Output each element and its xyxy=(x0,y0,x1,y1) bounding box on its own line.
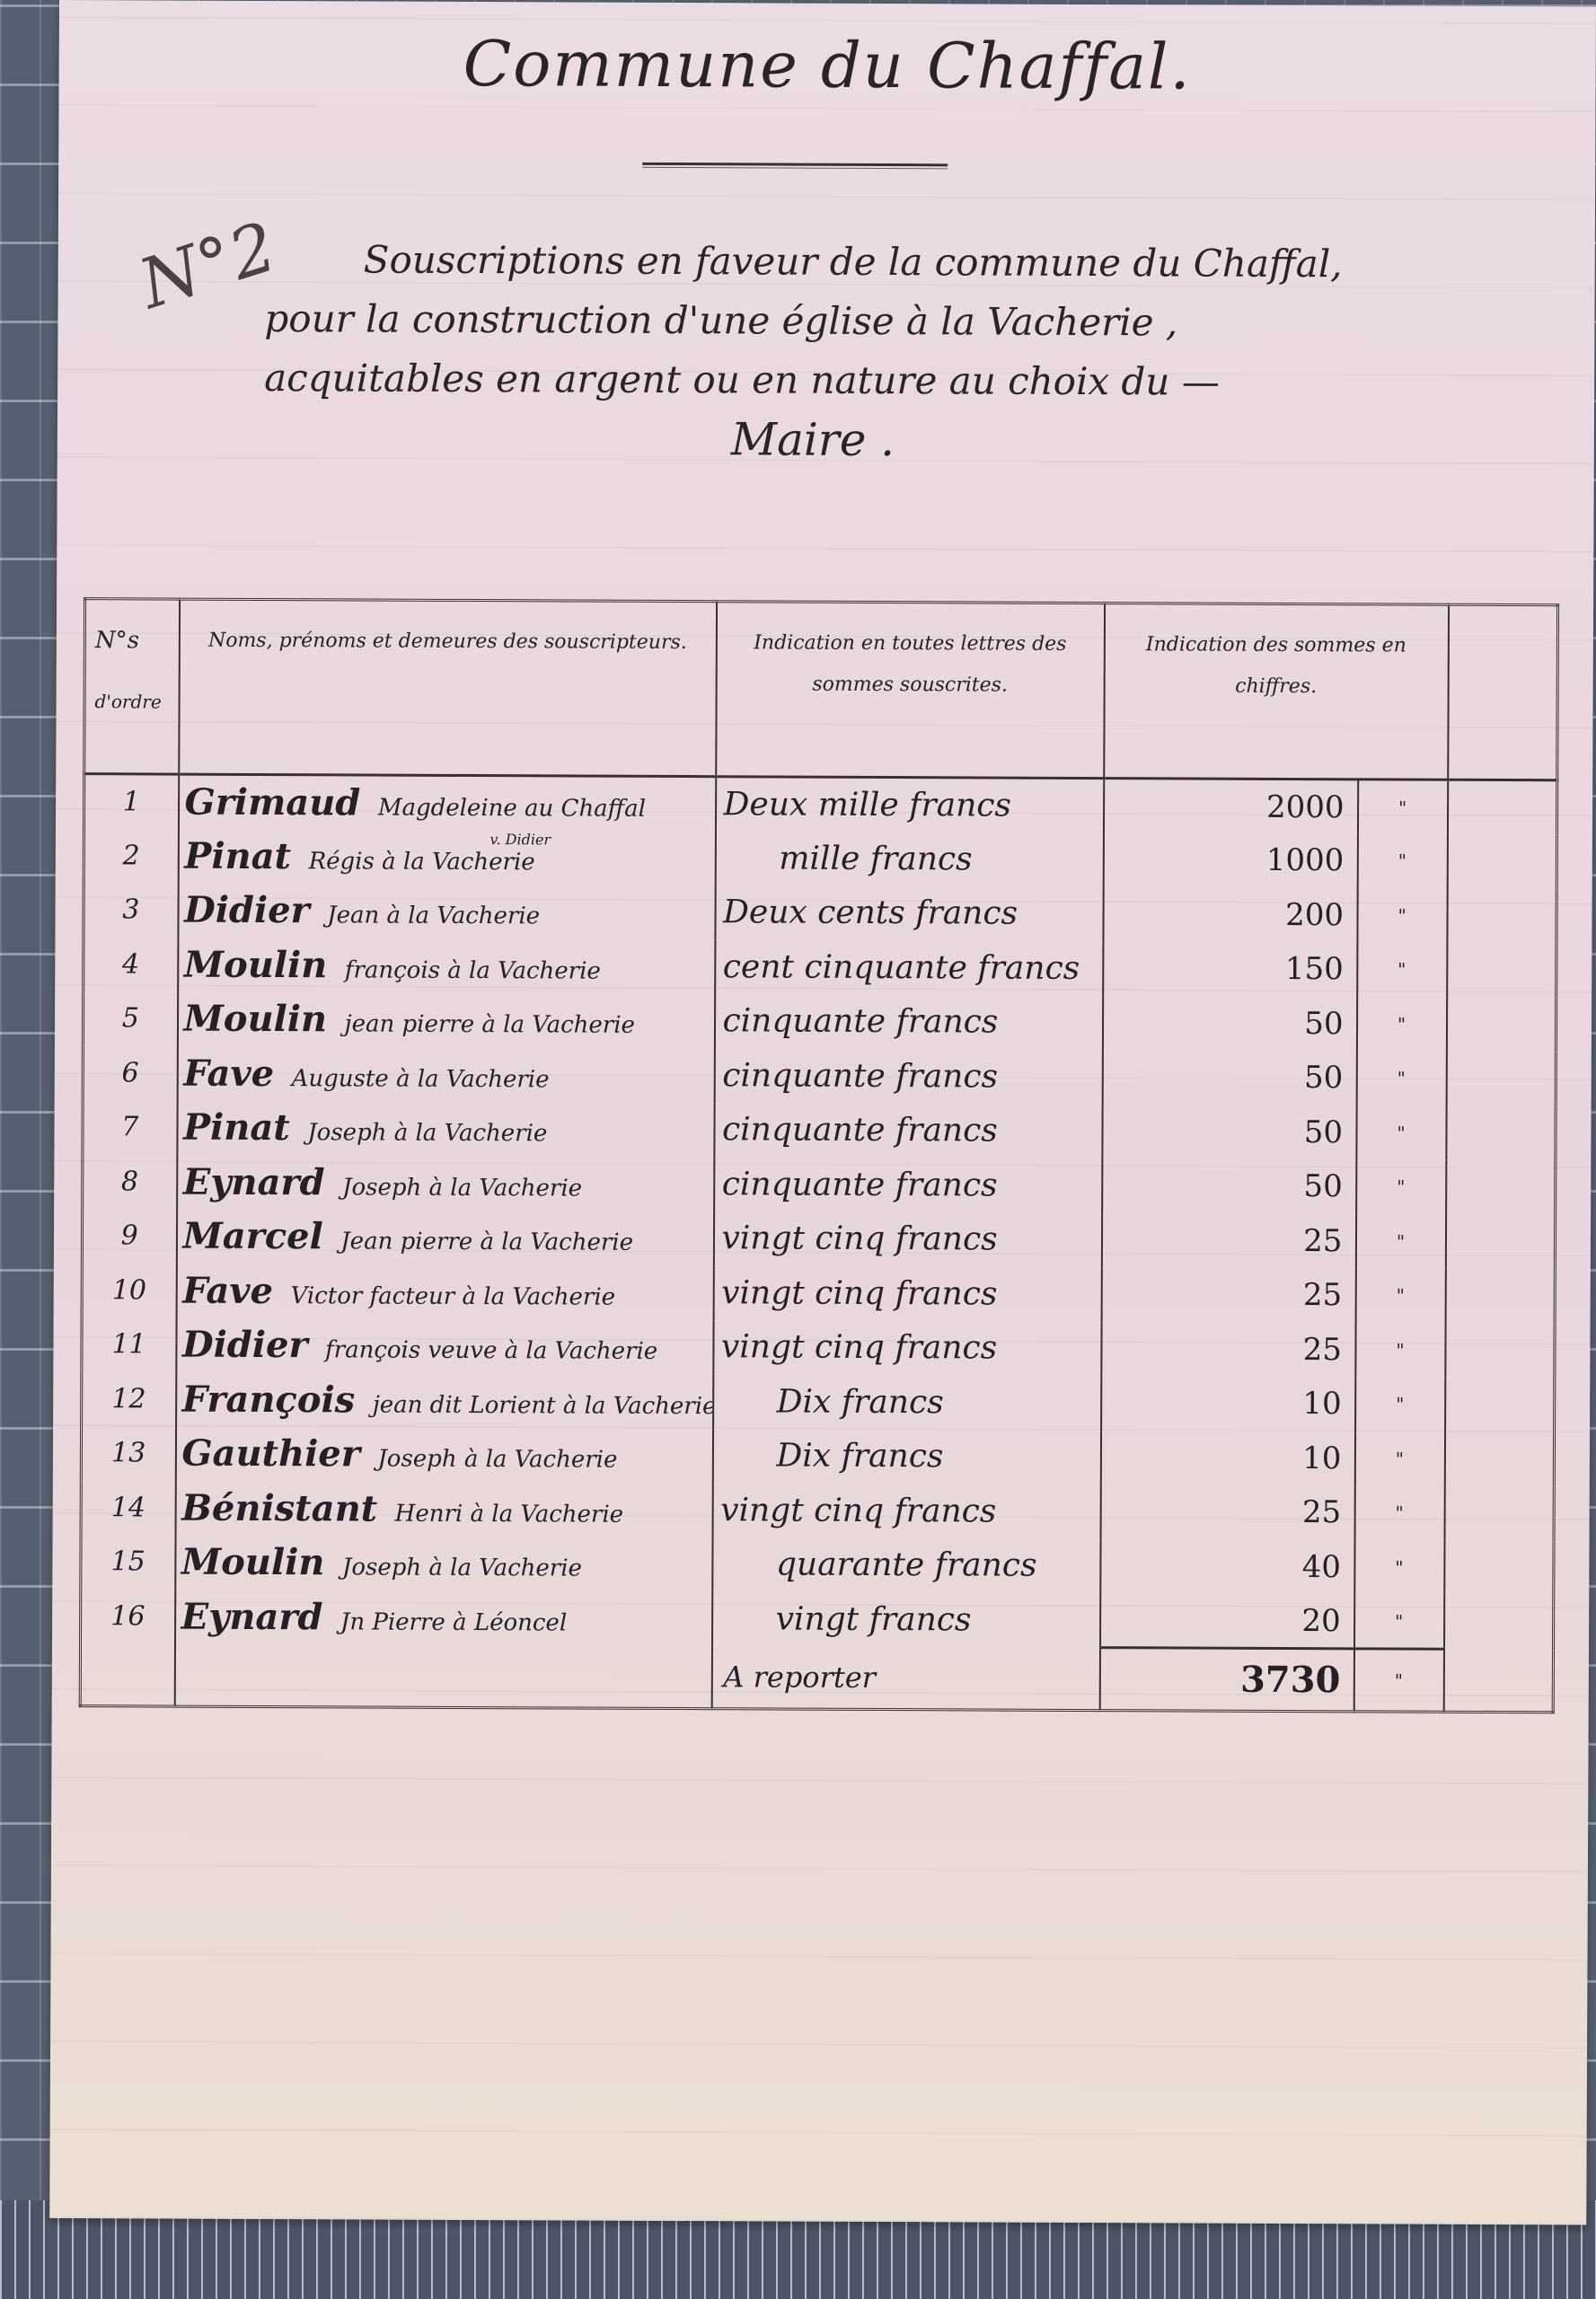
subscriber-name: Grimaud Magdeleine au Chaffal xyxy=(178,774,715,831)
subscriber-surname: Eynard xyxy=(183,1160,325,1203)
subscriber-surname: Fave xyxy=(183,1052,274,1094)
subscriber-surname: Pinat xyxy=(184,834,291,877)
row-number: 15 xyxy=(81,1535,175,1590)
subscriber-surname: Moulin xyxy=(183,998,327,1041)
amount-in-figures: 25 xyxy=(1101,1267,1355,1323)
subscriber-name: Gauthier Joseph à la Vacherie xyxy=(175,1426,712,1483)
subscriber-details: Régis à la Vacherie xyxy=(309,848,535,876)
row-number: 9 xyxy=(82,1209,176,1264)
row-number: 13 xyxy=(81,1426,175,1481)
subscriber-surname: Didier xyxy=(184,889,310,932)
amount-cents: " xyxy=(1354,1485,1444,1540)
intro-paragraph: Souscriptions en faveur de la commune du… xyxy=(264,230,1558,472)
subscriber-surname: François xyxy=(182,1378,356,1421)
subscriber-details: jean dit Lorient à la Vacherie xyxy=(373,1391,713,1420)
subscriber-surname: Bénistant xyxy=(181,1486,377,1529)
subscriber-name: Fave Auguste à la Vacherie xyxy=(177,1046,714,1103)
title-underline xyxy=(642,163,948,169)
amount-in-figures: 50 xyxy=(1102,1105,1356,1160)
subscriber-details: jean pierre à la Vacherie xyxy=(345,1011,636,1039)
row-number: 12 xyxy=(82,1371,176,1426)
subscriber-details: Jean à la Vacherie xyxy=(327,903,540,930)
amount-in-words: vingt cinq francs xyxy=(712,1483,1100,1538)
subscriber-details: Jn Pierre à Léoncel xyxy=(340,1608,567,1636)
subscriber-name: Moulin françois à la Vacherie xyxy=(178,938,715,994)
amount-cents: " xyxy=(1357,888,1447,943)
total-row: A reporter3730" xyxy=(80,1643,1553,1713)
extra-column xyxy=(1447,943,1556,998)
amount-in-words: vingt cinq francs xyxy=(713,1211,1101,1267)
amount-cents: " xyxy=(1357,833,1447,888)
table-row: 5 Moulin jean pierre à la Vacherie cinqu… xyxy=(83,991,1556,1053)
header-number: N°s d'ordre xyxy=(84,599,180,774)
subscriber-details: Joseph à la Vacherie xyxy=(307,1119,547,1147)
amount-in-words: cinquante francs xyxy=(714,1048,1102,1104)
extra-column xyxy=(1446,1160,1556,1215)
subscriber-name: Didier Jean à la Vacherie xyxy=(178,883,715,939)
subscriber-surname: Gauthier xyxy=(181,1432,360,1475)
table-row: 4 Moulin françois à la Vacherie cent cin… xyxy=(84,937,1556,998)
amount-cents: " xyxy=(1354,1540,1444,1595)
amount-in-figures: 40 xyxy=(1100,1539,1354,1595)
extra-column xyxy=(1445,1378,1555,1432)
table-row: 3 Didier Jean à la Vacherie Deux cents f… xyxy=(84,883,1556,944)
table-row: 8 Eynard Joseph à la Vacherie cinquante … xyxy=(83,1154,1556,1215)
extra-column xyxy=(1446,1052,1556,1106)
total-cents: " xyxy=(1354,1649,1443,1712)
extra-column xyxy=(1445,1323,1555,1378)
amount-cents: " xyxy=(1356,1105,1446,1160)
subscriber-note: v. Didier xyxy=(489,831,551,848)
amount-in-words: vingt cinq francs xyxy=(713,1265,1101,1321)
amount-cents: " xyxy=(1356,997,1446,1052)
amount-in-words: cinquante francs xyxy=(714,994,1102,1050)
row-number: 1 xyxy=(84,774,178,829)
subscriber-details: françois veuve à la Vacherie xyxy=(325,1337,657,1366)
total-number xyxy=(80,1643,174,1706)
subscriber-name: Marcel Jean pierre à la Vacherie xyxy=(176,1209,713,1265)
subscriber-details: Magdeleine au Chaffal xyxy=(378,795,646,823)
amount-in-words: Dix francs xyxy=(713,1374,1101,1430)
subscriber-details: Joseph à la Vacherie xyxy=(342,1555,582,1582)
subscriber-name: Bénistant Henri à la Vacherie xyxy=(175,1481,712,1537)
table-row: 6 Fave Auguste à la Vacherie cinquante f… xyxy=(83,1045,1556,1106)
amount-cents: " xyxy=(1355,1323,1445,1378)
amount-cents: " xyxy=(1355,1214,1445,1269)
row-number: 10 xyxy=(82,1263,176,1317)
table-row: 14 Bénistant Henri à la Vacherie vingt c… xyxy=(81,1480,1554,1541)
subscriber-name: Didier françois veuve à la Vacherie xyxy=(176,1317,713,1374)
header-number-label: N°s xyxy=(95,627,139,654)
intro-line: Maire . xyxy=(264,408,1557,472)
amount-in-figures: 50 xyxy=(1102,1158,1356,1214)
extra-column xyxy=(1445,1214,1555,1269)
subscriber-name: Eynard Jn Pierre à Léoncel xyxy=(175,1590,712,1646)
table-row: 12 François jean dit Lorient à la Vacher… xyxy=(82,1371,1555,1432)
margin-note: N°2 xyxy=(130,207,286,324)
amount-in-figures: 20 xyxy=(1100,1593,1354,1649)
total-figures: 3730 xyxy=(1099,1648,1354,1712)
row-number: 8 xyxy=(83,1154,177,1209)
extra-column xyxy=(1443,1649,1553,1713)
subscriber-surname: Moulin xyxy=(181,1541,325,1584)
extra-column xyxy=(1447,780,1556,834)
subscriber-details: Victor facteur à la Vacherie xyxy=(291,1282,616,1311)
subscriber-details: Joseph à la Vacherie xyxy=(377,1446,617,1474)
extra-column xyxy=(1444,1540,1554,1595)
table-row: 10 Fave Victor facteur à la Vacherie vin… xyxy=(82,1263,1555,1324)
intro-line: Souscriptions en faveur de la commune du… xyxy=(265,230,1558,295)
document-page: Commune du Chaffal. N°2 Souscriptions en… xyxy=(49,0,1596,2224)
table-row: 11 Didier françois veuve à la Vacherie v… xyxy=(82,1317,1555,1379)
row-number: 16 xyxy=(81,1589,175,1643)
amount-in-words: quarante francs xyxy=(712,1537,1100,1593)
header-extra xyxy=(1448,604,1558,780)
subscriber-surname: Didier xyxy=(182,1324,308,1367)
subscriber-details: Jean pierre à la Vacherie xyxy=(340,1229,633,1256)
extra-column xyxy=(1444,1595,1554,1650)
table-row: 9 Marcel Jean pierre à la Vacherie vingt… xyxy=(82,1209,1555,1270)
header-figures: Indication des sommes en chiffres. xyxy=(1104,603,1449,780)
subscription-table-wrapper: N°s d'ordre Noms, prénoms et demeures de… xyxy=(79,597,1556,1713)
amount-in-figures: 50 xyxy=(1102,1050,1356,1105)
subscriber-details: Henri à la Vacherie xyxy=(395,1500,624,1528)
subscriber-details: françois à la Vacherie xyxy=(345,956,601,984)
subscriber-surname: Fave xyxy=(182,1269,273,1311)
subscriber-name: Pinat Joseph à la Vacherie xyxy=(177,1100,714,1157)
table-row: 1 Grimaud Magdeleine au Chaffal Deux mil… xyxy=(84,774,1556,835)
subscriber-surname: Pinat xyxy=(183,1106,290,1149)
amount-in-words: Dix francs xyxy=(712,1429,1100,1484)
extra-column xyxy=(1447,888,1556,943)
amount-cents: " xyxy=(1357,942,1447,997)
table-row: 13 Gauthier Joseph à la Vacherie Dix fra… xyxy=(81,1426,1554,1487)
amount-in-words: vingt francs xyxy=(712,1591,1100,1647)
extra-column xyxy=(1446,997,1556,1052)
row-number: 14 xyxy=(81,1480,175,1535)
subscriber-surname: Eynard xyxy=(181,1595,323,1638)
total-name xyxy=(174,1643,711,1709)
page-title: Commune du Chaffal. xyxy=(59,25,1596,105)
table-row: 2 Pinat Régis à la Vacherie v. Didier mi… xyxy=(84,828,1556,889)
amount-in-figures: 10 xyxy=(1100,1431,1354,1486)
amount-in-figures: 10 xyxy=(1101,1376,1355,1431)
header-letters: Indication en toutes lettres des sommes … xyxy=(716,602,1105,779)
subscriber-name: Eynard Joseph à la Vacherie xyxy=(177,1155,714,1211)
amount-in-figures: 50 xyxy=(1102,996,1356,1052)
intro-line: pour la construction d'une église à la V… xyxy=(264,289,1557,354)
extra-column xyxy=(1445,1269,1555,1324)
amount-cents: " xyxy=(1356,1159,1446,1214)
amount-in-words: vingt cinq francs xyxy=(713,1320,1101,1376)
subscriber-surname: Grimaud xyxy=(185,781,361,824)
subscriber-name: Pinat Régis à la Vacherie v. Didier xyxy=(178,829,715,885)
table-row: 7 Pinat Joseph à la Vacherie cinquante f… xyxy=(83,1100,1556,1161)
amount-in-words: mille francs xyxy=(715,831,1103,886)
amount-cents: " xyxy=(1357,780,1447,834)
row-number: 5 xyxy=(83,991,177,1046)
row-number: 2 xyxy=(84,828,178,883)
row-number: 6 xyxy=(83,1045,177,1100)
subscriber-name: Moulin Joseph à la Vacherie xyxy=(175,1535,712,1591)
subscriber-name: Fave Victor facteur à la Vacherie xyxy=(176,1264,713,1320)
intro-line: acquitables en argent ou en nature au ch… xyxy=(264,348,1557,413)
extra-column xyxy=(1444,1486,1554,1541)
amount-in-words: cinquante francs xyxy=(714,1157,1102,1212)
extra-column xyxy=(1444,1431,1554,1486)
row-number: 4 xyxy=(84,937,178,991)
amount-in-figures: 2000 xyxy=(1103,779,1357,834)
extra-column xyxy=(1446,1105,1556,1160)
amount-in-figures: 25 xyxy=(1100,1484,1354,1540)
subscriber-details: Joseph à la Vacherie xyxy=(342,1174,582,1202)
amount-in-figures: 25 xyxy=(1101,1322,1355,1378)
amount-cents: " xyxy=(1355,1268,1445,1323)
header-number-sublabel: d'ordre xyxy=(94,681,178,722)
amount-cents: " xyxy=(1355,1377,1445,1431)
subscription-table: N°s d'ordre Noms, prénoms et demeures de… xyxy=(79,597,1559,1713)
subscriber-name: François jean dit Lorient à la Vacherie xyxy=(176,1372,713,1429)
amount-cents: " xyxy=(1354,1431,1444,1486)
row-number: 11 xyxy=(82,1317,176,1372)
table-header-row: N°s d'ordre Noms, prénoms et demeures de… xyxy=(84,599,1558,780)
amount-in-words: Deux mille francs xyxy=(715,777,1103,832)
header-name: Noms, prénoms et demeures des souscripte… xyxy=(179,599,717,777)
amount-in-words: Deux cents francs xyxy=(715,885,1103,941)
amount-in-figures: 200 xyxy=(1103,887,1357,943)
table-row: 15 Moulin Joseph à la Vacherie quarante … xyxy=(81,1535,1554,1596)
extra-column xyxy=(1447,834,1556,889)
row-number: 3 xyxy=(84,883,178,938)
subscriber-surname: Moulin xyxy=(184,943,328,986)
amount-in-figures: 150 xyxy=(1103,941,1357,997)
row-number: 7 xyxy=(83,1100,177,1155)
amount-in-figures: 25 xyxy=(1101,1213,1355,1269)
subscriber-surname: Marcel xyxy=(182,1215,322,1258)
subscriber-details: Auguste à la Vacherie xyxy=(292,1065,550,1093)
amount-cents: " xyxy=(1354,1594,1444,1649)
table-row: 16 Eynard Jn Pierre à Léoncel vingt fran… xyxy=(81,1589,1554,1650)
amount-in-words: cent cinquante francs xyxy=(715,939,1103,995)
amount-cents: " xyxy=(1356,1051,1446,1105)
subscriber-name: Moulin jean pierre à la Vacherie xyxy=(177,991,714,1048)
amount-in-words: cinquante francs xyxy=(714,1103,1102,1158)
amount-in-figures: 1000 xyxy=(1103,832,1357,888)
total-label: A reporter xyxy=(711,1646,1099,1711)
